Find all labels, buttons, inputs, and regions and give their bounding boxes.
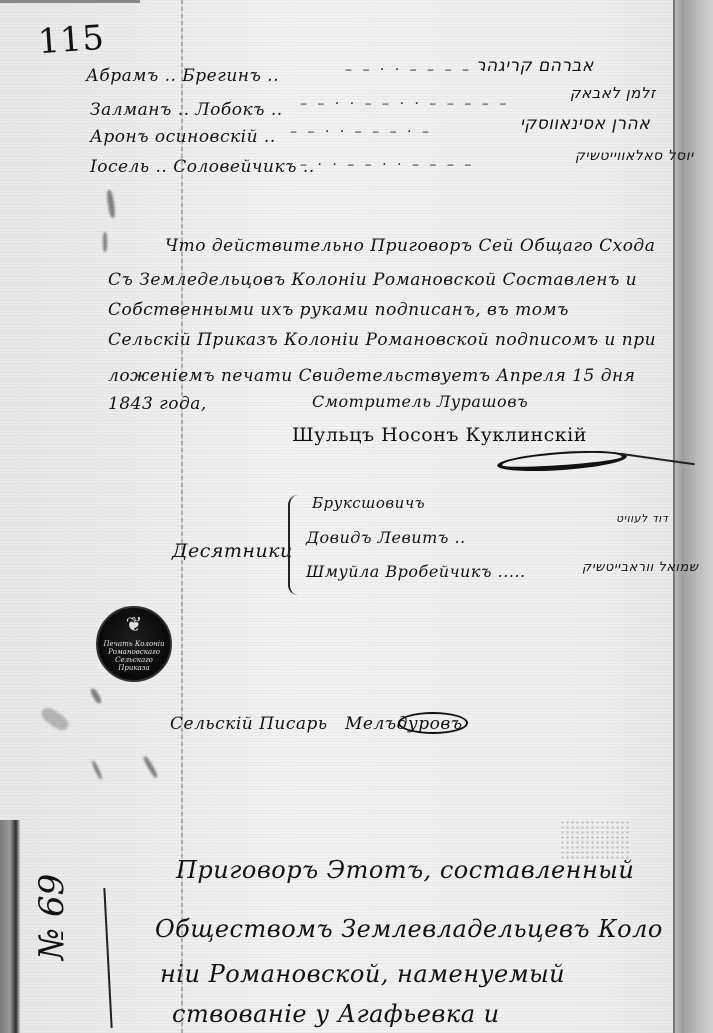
signatory-name-2: Залманъ .. Лобокъ .. [90, 100, 283, 120]
next-entry-line-3: нiи Романовской, наменуемый [160, 960, 565, 988]
leader-dots-3: – – · · – – – · – [290, 124, 432, 140]
witness-name-1: Бруксшовичъ [312, 494, 425, 512]
leader-dots-2: – – · · – – · · – – – – – [300, 96, 509, 112]
witnesses-label: Десятники [172, 540, 293, 562]
certification-line-2: Съ Земледельцовъ Колонiи Романовской Сос… [108, 270, 637, 290]
seal-text-line: Сельскаго [115, 656, 153, 664]
seal-text-line: Приказа [118, 664, 149, 672]
seal-text-line: Печать Колонiи [103, 640, 164, 648]
certification-line-3: Собственными ихъ руками подписанъ, въ то… [108, 300, 569, 320]
certification-line-1: Что действительно Приговоръ Сей Общаго С… [165, 236, 655, 256]
signatory-name-3: Аронъ осиновскiй .. [90, 127, 276, 147]
witness-hebrew-mark-1: דוד לעוויט [616, 512, 668, 525]
elder-signature: Шульцъ Носонъ Куклинскiй [292, 424, 587, 446]
signatory-name-4: Iосель .. Соловейчикъ .. [90, 157, 315, 177]
certification-line-5: ложенiемъ печати Свидетельствуетъ Апреля… [108, 366, 635, 386]
leader-dots-4: – · · – – · · – – – – [300, 157, 474, 173]
certification-line-4: Сельскiй Приказъ Колонiи Романовской под… [108, 330, 656, 350]
hebrew-signature-1: אברהם קריגהר [476, 56, 594, 76]
witnesses-brace [288, 495, 302, 595]
ink-mark [106, 190, 116, 219]
overseer-signature: Смотритель Лурашовъ [312, 392, 528, 411]
next-entry-line-1: Приговоръ Этотъ, составленный [176, 856, 634, 884]
witness-name-2: Довидъ Левитъ .. [306, 528, 466, 547]
witness-hebrew-mark-2: שמואל ווראבייטשיק [582, 560, 699, 575]
certification-line-6: 1843 года, [108, 394, 207, 414]
hebrew-signature-2: זלמן לאבאק [570, 84, 656, 102]
scanned-document-page: 115 Абрамъ .. Брегинъ .. Залманъ .. Лобо… [0, 0, 713, 1033]
folio-number: 115 [37, 18, 106, 63]
next-entry-line-2: Обществомъ Землевладельцевъ Коло [155, 915, 663, 943]
signatory-name-1: Абрамъ .. Брегинъ .. [86, 66, 279, 86]
ink-smudge [91, 760, 103, 780]
official-seal: ❦ Печать Колонiи Романовскаго Сельскаго … [96, 606, 172, 682]
ink-smudge [39, 705, 72, 734]
scribe-flourish [398, 712, 468, 734]
ink-mark [103, 232, 107, 252]
scribe-label: Сельскiй Писарь [170, 714, 328, 734]
stain-speckle [560, 820, 630, 860]
double-headed-eagle-icon: ❦ [126, 614, 143, 634]
witness-name-3: Шмуйла Вробейчикъ ..... [306, 562, 526, 581]
margin-vertical-stroke [103, 888, 112, 1028]
hebrew-signature-3: אהרן אסינאווסקי [520, 114, 650, 134]
ink-smudge [89, 688, 102, 705]
hebrew-signature-4: יוסל סאלאווייטשיק [575, 148, 694, 164]
margin-entry-number: № 69 [32, 874, 72, 960]
ink-smudge [142, 755, 158, 778]
seal-text-line: Романовскаго [108, 648, 160, 656]
left-binding-shadow [0, 820, 20, 1033]
signature-flourish [497, 447, 628, 474]
next-entry-line-4: ствованiе у Агафьевка и [172, 1000, 500, 1028]
page-top-edge [0, 0, 140, 3]
leader-dots-1: – – · · – – – – · [345, 62, 487, 78]
